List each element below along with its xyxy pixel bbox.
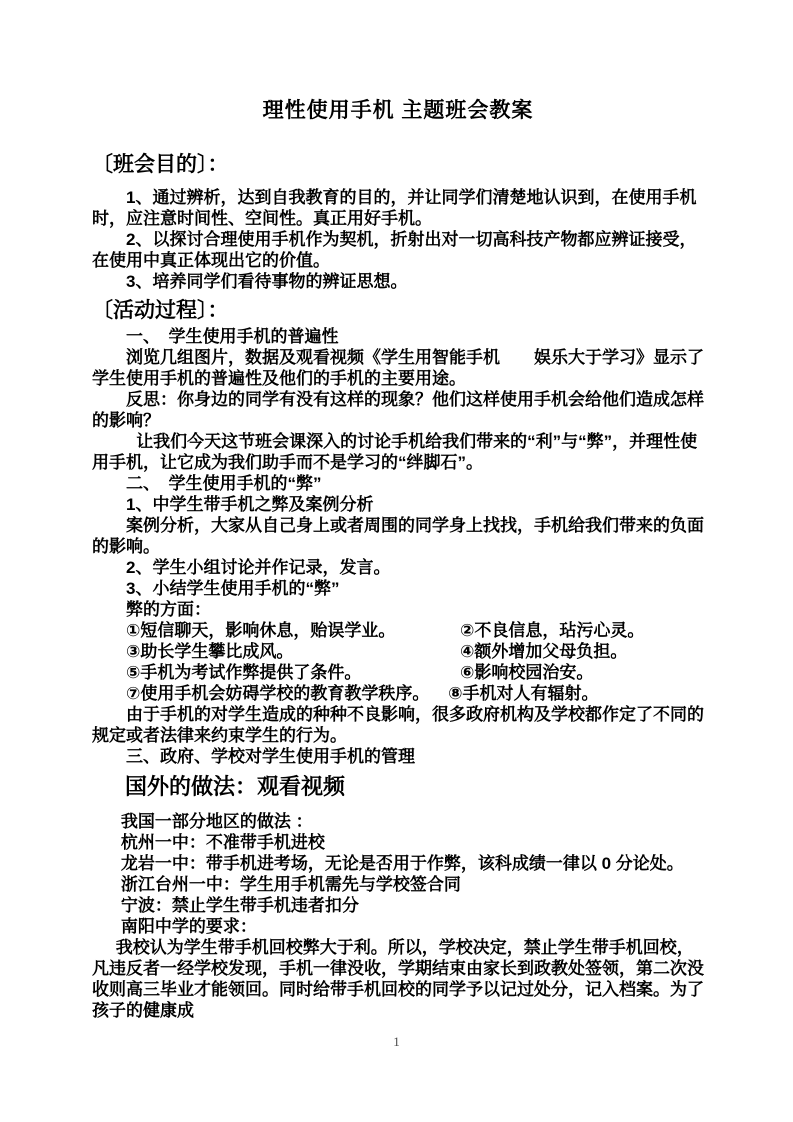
cons-item-4: ④额外增加父母负担。 xyxy=(460,641,627,662)
page-number: 1 xyxy=(0,1034,793,1050)
domestic-rule-taizhou: 浙江台州一中：学生用手机需先与学校签合同 xyxy=(92,874,704,895)
section2-paragraph-2: 由于手机的对学生造成的种种不良影响，很多政府机构及学校都作定了不同的规定或者法律… xyxy=(92,704,704,746)
nanyang-body: 我校认为学生带手机回校弊大于利。所以，学校决定，禁止学生带手机回校，凡违反者一经… xyxy=(92,937,704,1021)
section1-paragraph-2: 反思：你身边的同学有没有这样的现象？他们这样使用手机会给他们造成怎样的影响？ xyxy=(92,389,704,431)
section2-title: 二、 学生使用手机的“弊” xyxy=(92,473,704,494)
section1-title: 一、 学生使用手机的普遍性 xyxy=(92,326,704,347)
domestic-rule-hangzhou: 杭州一中：不准带手机进校 xyxy=(92,832,704,853)
cons-row-2: ③助长学生攀比成风。 ④额外增加父母负担。 xyxy=(92,641,704,662)
cons-row-4: ⑦使用手机会妨碍学校的教育教学秩序。 ⑧手机对人有辐射。 xyxy=(92,683,704,704)
cons-item-3: ③助长学生攀比成风。 xyxy=(126,642,293,661)
nanyang-heading: 南阳中学的要求： xyxy=(92,916,704,937)
document-content: 理性使用手机 主题班会教案 〔班会目的〕： 1、通过辨析，达到自我教育的目的，并… xyxy=(92,96,704,1021)
cons-item-5: ⑤手机为考试作弊提供了条件。 xyxy=(126,663,361,682)
domestic-rule-ningbo: 宁波：禁止学生带手机违者扣分 xyxy=(92,895,704,916)
domestic-intro: 我国一部分地区的做法 ： xyxy=(92,811,704,832)
cons-row-1: ①短信聊天，影响休息，贻误学业。 ②不良信息，玷污心灵。 xyxy=(92,620,704,641)
section1-paragraph-1: 浏览几组图片，数据及观看视频《学生用智能手机 娱乐大于学习》显示了学生使用手机的… xyxy=(92,347,704,389)
abroad-heading: 国外的做法：观看视频 xyxy=(92,773,704,801)
document-page: 理性使用手机 主题班会教案 〔班会目的〕： 1、通过辨析，达到自我教育的目的，并… xyxy=(0,0,793,1122)
section2-item-3: 3、小结学生使用手机的“弊” xyxy=(92,578,704,599)
doc-title: 理性使用手机 主题班会教案 xyxy=(92,96,704,126)
goal-item-3: 3、培养同学们看待事物的辨证思想。 xyxy=(92,271,704,292)
section2-item-2: 2、学生小组讨论并作记录，发言。 xyxy=(92,557,704,578)
goal-heading: 〔班会目的〕： xyxy=(92,152,704,178)
cons-label: 弊的方面： xyxy=(92,599,704,620)
goal-item-2: 2、以探讨合理使用手机作为契机，折射出对一切高科技产物都应辨证接受，在使用中真正… xyxy=(92,229,704,271)
section3-title: 三、政府、学校对学生使用手机的管理 xyxy=(92,746,704,767)
cons-row-3: ⑤手机为考试作弊提供了条件。 ⑥影响校园治安。 xyxy=(92,662,704,683)
cons-item-1: ①短信聊天，影响休息，贻误学业。 xyxy=(126,621,395,640)
section2-paragraph-1: 案例分析，大家从自己身上或者周围的同学身上找找，手机给我们带来的负面的影响。 xyxy=(92,515,704,557)
process-heading: 〔活动过程〕： xyxy=(92,298,704,324)
domestic-rule-longyan: 龙岩一中：带手机进考场，无论是否用于作弊，该科成绩一律以 0 分论处。 xyxy=(92,853,704,874)
section2-item-1: 1、中学生带手机之弊及案例分析 xyxy=(92,494,704,515)
cons-item-2: ②不良信息，玷污心灵。 xyxy=(460,620,644,641)
cons-item-8: ⑧手机对人有辐射。 xyxy=(448,684,598,703)
cons-item-6: ⑥影响校园治安。 xyxy=(460,662,593,683)
goal-item-1: 1、通过辨析，达到自我教育的目的，并让同学们清楚地认识到，在使用手机时，应注意时… xyxy=(92,187,704,229)
section1-paragraph-3: 让我们今天这节班会课深入的讨论手机给我们带来的“利”与“弊”，并理性使用手机，让… xyxy=(92,431,704,473)
cons-item-7: ⑦使用手机会妨碍学校的教育教学秩序。 xyxy=(126,684,429,703)
